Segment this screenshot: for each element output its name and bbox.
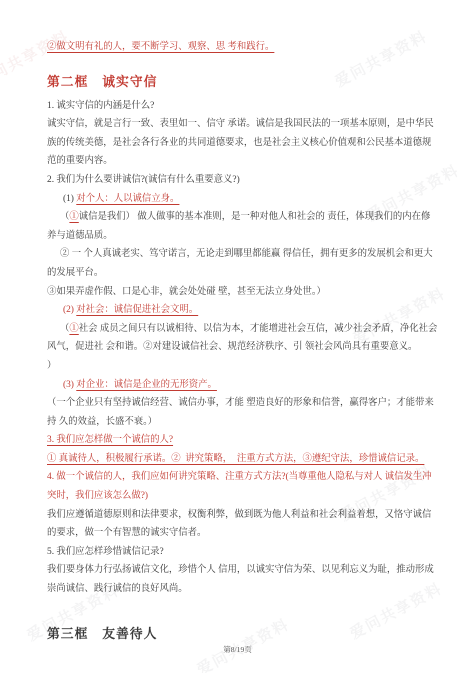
text-run: ③如果弄虚作假、口是心非，就会处处碰 壁，甚至无法立身处世。）	[47, 287, 326, 297]
answer-5: 我们要身体力行弘扬诚信文化，珍惜个人 信用，以诚实守信为荣、以见利忘义为耻，推动…	[47, 561, 439, 598]
text-run: 我们要身体力行弘扬诚信文化，珍惜个人 信用，以诚实守信为荣、以见利忘义为耻，推动…	[47, 565, 434, 594]
point-2-detail: （①社会 成员之间只有以诚相待、以信为本，才能增进社会互信，减少社会矛盾，净化社…	[47, 320, 439, 357]
page-number: 第8/19页	[0, 644, 475, 655]
text-run: 诚信是我们） 做人做事的基本准则，是一种对他人和社会的 责任，体现我们的内在修养…	[47, 212, 430, 241]
text-run: （	[60, 324, 69, 334]
text-run: （	[60, 212, 69, 222]
text-run: ②做文明有礼的人，要不断学习、观察、思 考和践行。	[47, 42, 274, 52]
question-4: 4. 做一个诚信的人，我们应如何讲究策略、注重方式方法?(当尊重他人隐私与对人 …	[47, 468, 439, 505]
answer-4: 我们应遵循道德原则和法律要求，权衡利弊，做到既为他人利益和社会利益着想，又恪守诚…	[47, 506, 439, 543]
text-run: ① 真诚待人，积极履行承诺。② 讲究策略， 注重方式方法，③遵纪守法，珍惜诚信记…	[47, 454, 424, 464]
question-3: 3. 我们应怎样做一个诚信的人?	[47, 431, 439, 450]
text-run: 对个人：人以诚信立身。	[76, 194, 179, 204]
text-run: ①	[69, 324, 78, 334]
note-etiquette-line: ②做文明有礼的人，要不断学习、观察、思 考和践行。	[47, 38, 439, 57]
question-2: 2. 我们为什么要讲诚信?(诚信有什么重要意义?)	[47, 171, 439, 190]
text-run: 对社会：诚信促进社会文明。	[76, 305, 198, 315]
text-run: ）	[47, 361, 56, 371]
point-1-detail-b: ② 一 个人真诚老实、笃守诺言，无论走到哪里都能赢 得信任，拥有更多的发展机会和…	[47, 245, 439, 282]
text-run: （一个企业只有坚持诚信经营、诚信办事，才能 塑造良好的形象和信誉，赢得客户；才能…	[47, 398, 434, 427]
question-1: 1. 诚实守信的内涵是什么?	[47, 97, 439, 116]
text-run: ② 一 个人真诚老实、笃守诺言，无论走到哪里都能赢 得信任，拥有更多的发展机会和…	[47, 249, 433, 278]
section-heading-frame3: 第三框 友善待人	[47, 624, 439, 644]
text-run: ①	[69, 212, 78, 222]
text-run: (2)	[63, 305, 76, 315]
point-3-enterprise: (3) 对企业：诚信是企业的无形资产。	[47, 376, 439, 395]
text-run: 社会 成员之间只有以诚相待、以信为本，才能增进社会互信，减少社会矛盾，净化社会风…	[47, 324, 437, 353]
point-1-detail-a: （①诚信是我们） 做人做事的基本准则，是一种对他人和社会的 责任，体现我们的内在…	[47, 208, 439, 245]
question-5: 5. 我们应怎样珍惜诚信记录?	[47, 543, 439, 562]
answer-1: 诚实守信，就是言行一致、表里如一、信守 承诺。诚信是我国民法的一项基本原则，是中…	[47, 115, 439, 171]
text-run: 3. 我们应怎样做一个诚信的人?	[47, 435, 173, 445]
point-2-close-paren: ）	[47, 357, 439, 376]
text-run: 2. 我们为什么要讲诚信?(诚信有什么重要意义?)	[47, 175, 240, 185]
text-run: 5. 我们应怎样珍惜诚信记录?	[47, 547, 164, 557]
text-run: 1. 诚实守信的内涵是什么?	[47, 101, 154, 111]
text-run: 对企业：诚信是企业的无形资产。	[76, 380, 217, 390]
text-run: (3)	[63, 380, 76, 390]
document-page: 爱问共享资料 爱问共享资料 爱问共享资料 爱问共享资料 爱问共享资料 爱问共享资…	[0, 0, 475, 673]
answer-3: ① 真诚待人，积极履行承诺。② 讲究策略， 注重方式方法，③遵纪守法，珍惜诚信记…	[47, 450, 439, 469]
section-heading-frame2: 第二框 诚实守信	[47, 72, 439, 92]
point-3-detail: （一个企业只有坚持诚信经营、诚信办事，才能 塑造良好的形象和信誉，赢得客户；才能…	[47, 394, 439, 431]
document-content: ②做文明有礼的人，要不断学习、观察、思 考和践行。第二框 诚实守信1. 诚实守信…	[47, 38, 439, 644]
point-2-society: (2) 对社会：诚信促进社会文明。	[47, 301, 439, 320]
text-run: 我们应遵循道德原则和法律要求，权衡利弊，做到既为他人利益和社会利益着想，又恪守诚…	[47, 510, 431, 539]
text-run: 诚实守信，就是言行一致、表里如一、信守 承诺。诚信是我国民法的一项基本原则，是中…	[47, 119, 434, 166]
point-1-detail-c: ③如果弄虚作假、口是心非，就会处处碰 壁，甚至无法立身处世。）	[47, 283, 439, 302]
point-1-personal: (1) 对个人：人以诚信立身。	[47, 190, 439, 209]
text-run: 4. 做一个诚信的人，我们应如何讲究策略、注重方式方法?(当尊重他人隐私与对人 …	[47, 472, 432, 501]
text-run: (1)	[63, 194, 76, 204]
